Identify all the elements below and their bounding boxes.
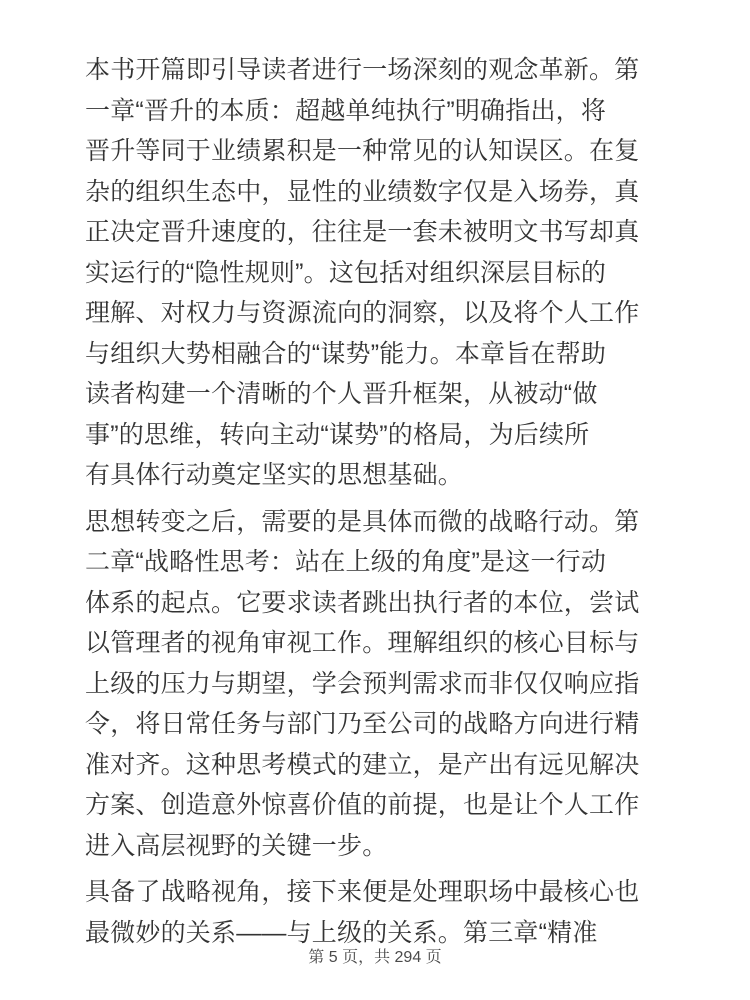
text-line: 正决定晋升速度的，往往是一套未被明文书写却真 (85, 212, 677, 253)
text-line: 二章“战略性思考：站在上级的角度”是这一行动 (85, 542, 677, 583)
text-line: 方案、创造意外惊喜价值的前提，也是让个人工作 (85, 785, 677, 826)
text-line: 理解、对权力与资源流向的洞察，以及将个人工作 (85, 293, 677, 334)
text-line: 实运行的“隐性规则”。这包括对组织深层目标的 (85, 253, 677, 294)
paragraph: 具备了战略视角，接下来便是处理职场中最核心也 最微妙的关系——与上级的关系。第三… (85, 872, 677, 953)
text-line: 进入高层视野的关键一步。 (85, 826, 677, 867)
text-line: 与组织大势相融合的“谋势”能力。本章旨在帮助 (85, 334, 677, 375)
text-line: 准对齐。这种思考模式的建立，是产出有远见解决 (85, 745, 677, 786)
text-line: 本书开篇即引导读者进行一场深刻的观念革新。第 (85, 50, 677, 91)
text-line: 具备了战略视角，接下来便是处理职场中最核心也 (85, 872, 677, 913)
text-line: 以管理者的视角审视工作。理解组织的核心目标与 (85, 623, 677, 664)
text-line: 读者构建一个清晰的个人晋升框架，从被动“做 (85, 374, 677, 415)
text-line: 事”的思维，转向主动“谋势”的格局，为后续所 (85, 415, 677, 456)
text-line: 最微妙的关系——与上级的关系。第三章“精准 (85, 913, 677, 954)
text-line: 上级的压力与期望，学会预判需求而非仅仅响应指 (85, 664, 677, 705)
text-line: 杂的组织生态中，显性的业绩数字仅是入场券，真 (85, 172, 677, 213)
paragraph: 思想转变之后，需要的是具体而微的战略行动。第 二章“战略性思考：站在上级的角度”… (85, 502, 677, 867)
text-line: 有具体行动奠定坚实的思想基础。 (85, 455, 677, 496)
text-line: 体系的起点。它要求读者跳出执行者的本位，尝试 (85, 583, 677, 624)
text-line: 思想转变之后，需要的是具体而微的战略行动。第 (85, 502, 677, 543)
text-line: 晋升等同于业绩累积是一种常见的认知误区。在复 (85, 131, 677, 172)
text-line: 令，将日常任务与部门乃至公司的战略方向进行精 (85, 704, 677, 745)
document-body-text: 本书开篇即引导读者进行一场深刻的观念革新。第 一章“晋升的本质：超越单纯执行”明… (85, 50, 677, 959)
text-line: 一章“晋升的本质：超越单纯执行”明确指出，将 (85, 91, 677, 132)
paragraph: 本书开篇即引导读者进行一场深刻的观念革新。第 一章“晋升的本质：超越单纯执行”明… (85, 50, 677, 496)
document-page: 本书开篇即引导读者进行一场深刻的观念革新。第 一章“晋升的本质：超越单纯执行”明… (0, 0, 750, 1000)
page-indicator: 第 5 页，共 294 页 (0, 948, 750, 968)
